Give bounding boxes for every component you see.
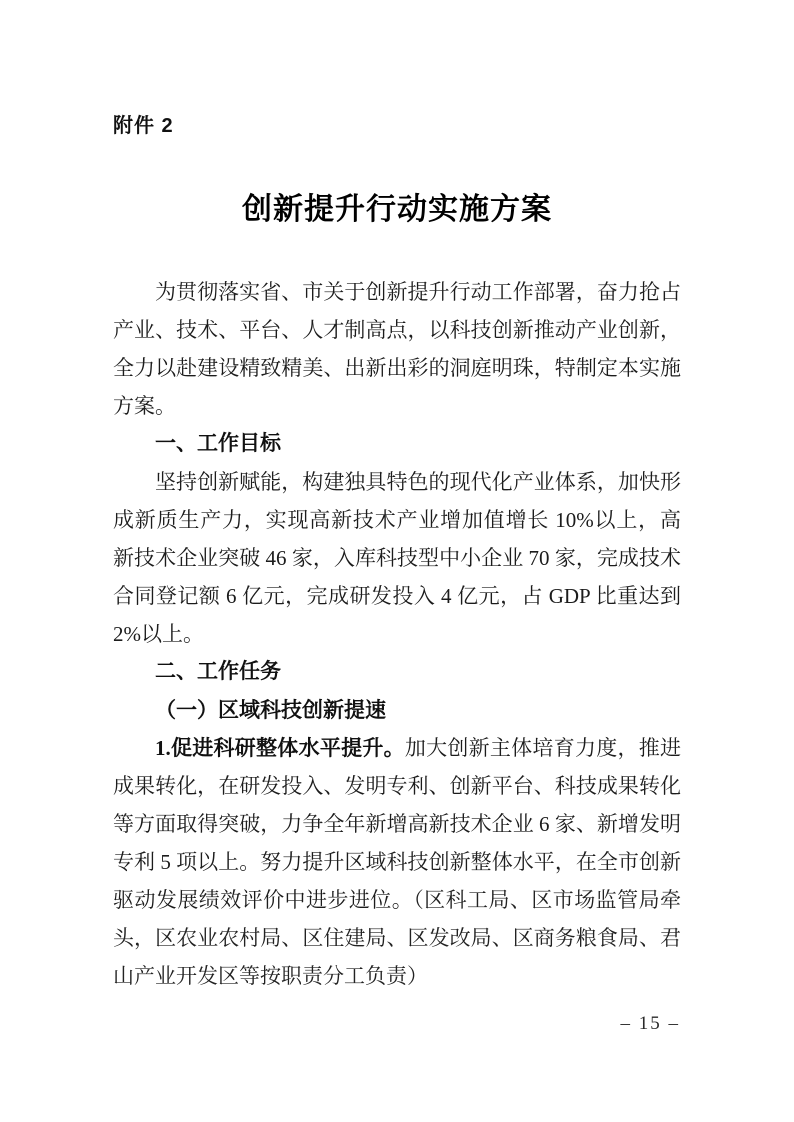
task1-paragraph: 1.促进科研整体水平提升。加大创新主体培育力度，推进成果转化，在研发投入、发明专…	[113, 729, 681, 995]
task1-body-text: 加大创新主体培育力度，推进成果转化，在研发投入、发明专利、创新平台、科技成果转化…	[113, 736, 681, 912]
section1-body-paragraph: 坚持创新赋能，构建独具特色的现代化产业体系，加快形成新质生产力，实现高新技术产业…	[113, 463, 681, 653]
section1-heading: 一、工作目标	[113, 425, 681, 463]
intro-paragraph: 为贯彻落实省、市关于创新提升行动工作部署，奋力抢占产业、技术、平台、人才制高点，…	[113, 273, 681, 425]
document-body: 为贯彻落实省、市关于创新提升行动工作部署，奋力抢占产业、技术、平台、人才制高点，…	[113, 273, 681, 995]
task1-lead-sentence: 1.促进科研整体水平提升。	[155, 736, 405, 760]
section2-sub1-heading: （一）区域科技创新提速	[113, 691, 681, 729]
section2-heading: 二、工作任务	[113, 653, 681, 691]
page-number: – 15 –	[621, 1012, 681, 1036]
attachment-label: 附件 2	[113, 112, 174, 140]
document-title: 创新提升行动实施方案	[0, 190, 794, 230]
document-page: 附件 2 创新提升行动实施方案 为贯彻落实省、市关于创新提升行动工作部署，奋力抢…	[0, 0, 794, 1122]
